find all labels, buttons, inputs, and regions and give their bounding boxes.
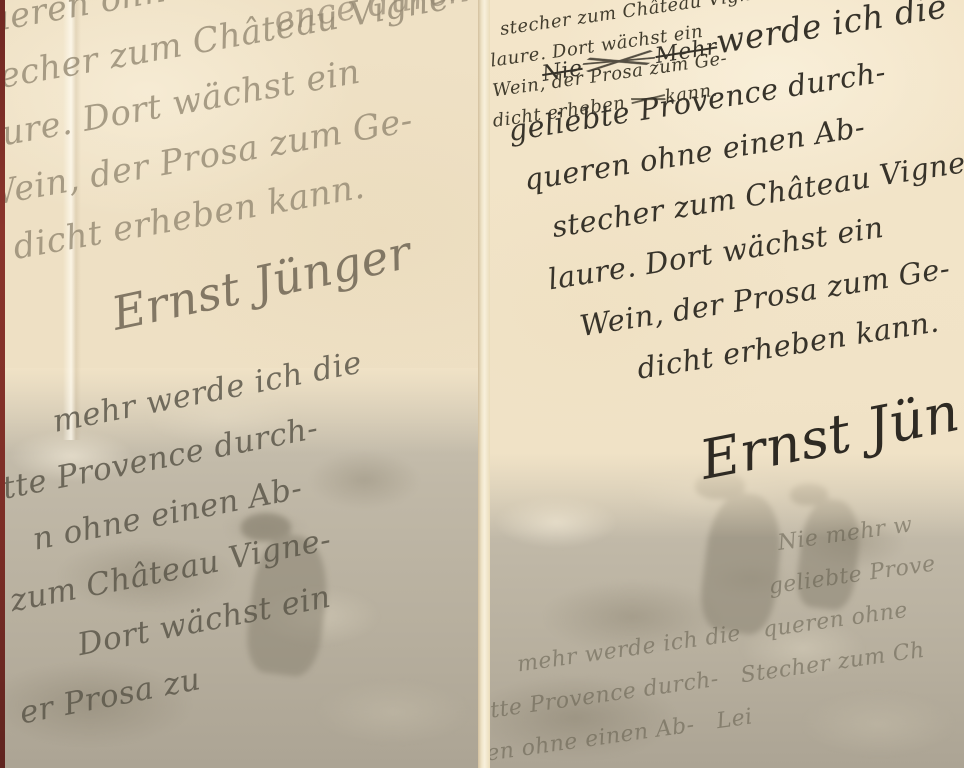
left-page: ence durch- queren ohne einen Ab- steche… — [5, 0, 478, 768]
right-page: ne einen Ab- stecher zum Château Vigne- … — [490, 0, 964, 768]
crossed-out-word: Nie — [540, 56, 584, 87]
scanned-letter-spread: ence durch- queren ohne einen Ab- steche… — [0, 0, 964, 768]
right-page-main-text: NieMehrwerde ich die geliebte Provence d… — [490, 0, 964, 410]
left-page-faded-text: queren ohne einen Ab- stecher zum Châtea… — [5, 0, 478, 275]
page-seam — [478, 0, 490, 768]
scribble-strikethrough-icon — [580, 43, 657, 78]
crossed-out-word: Mehr — [654, 35, 719, 69]
